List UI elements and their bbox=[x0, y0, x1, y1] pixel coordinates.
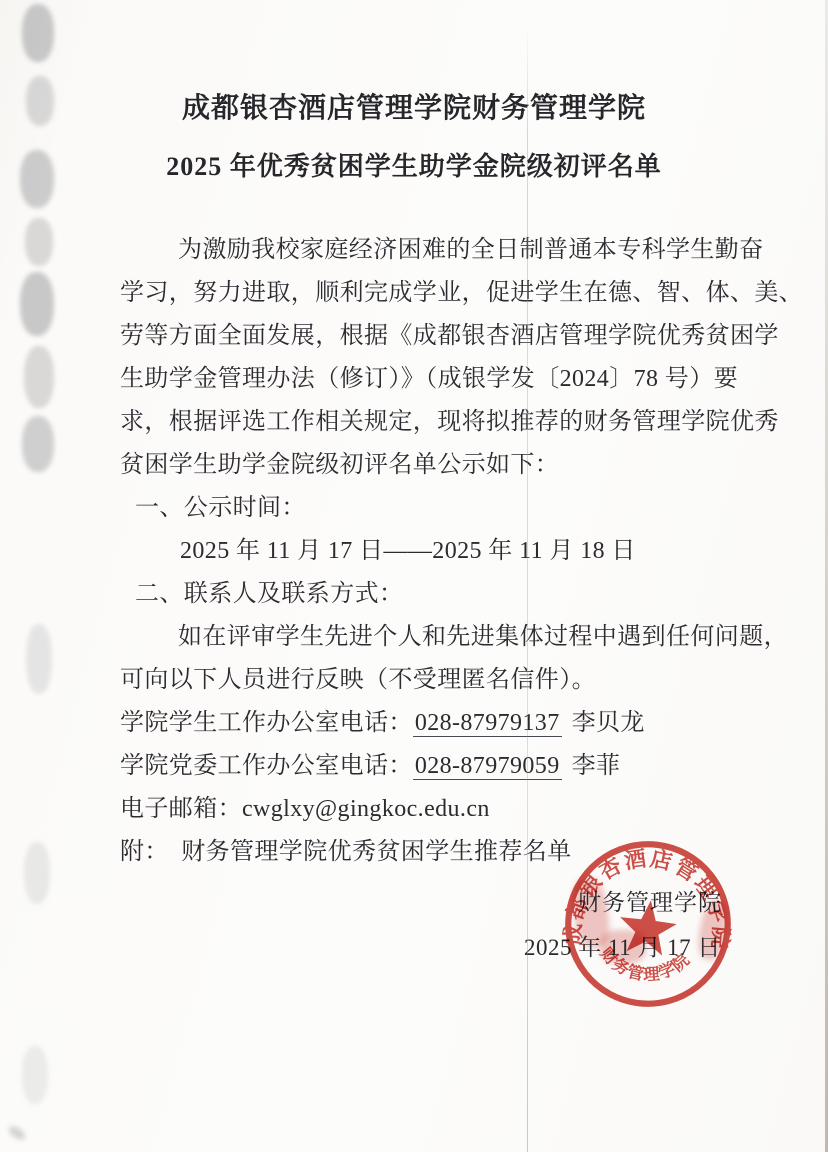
body-line: 如在评审学生先进个人和先进集体过程中遇到任何问题， bbox=[120, 616, 756, 659]
document-title-line2: 2025 年优秀贫困学生助学金院级初评名单 bbox=[0, 146, 828, 183]
scan-smudge bbox=[7, 1124, 27, 1143]
scan-smudge bbox=[20, 150, 54, 208]
seal-inner-text: 财务管理学院 bbox=[594, 939, 696, 991]
body-line: 可向以下人员进行反映（不受理匿名信件）。 bbox=[120, 659, 756, 702]
document-title-line1: 成都银杏酒店管理学院财务管理学院 bbox=[0, 86, 828, 126]
title-block: 成都银杏酒店管理学院财务管理学院 2025 年优秀贫困学生助学金院级初评名单 bbox=[0, 86, 828, 183]
publicity-period: 2025 年 11 月 17 日——2025 年 11 月 18 日 bbox=[120, 530, 756, 573]
official-seal: 成都银杏酒店管理学院 财务管理学院 bbox=[550, 826, 746, 1022]
scan-smudge bbox=[22, 1046, 48, 1104]
body-line: 劳等方面全面发展，根据《成都银杏酒店管理学院优秀贫困学 bbox=[120, 315, 756, 358]
contact-line-party-office: 学院党委工作办公室电话：028-87979059李菲 bbox=[120, 745, 756, 788]
scan-smudge bbox=[25, 218, 53, 266]
scan-smudge bbox=[22, 4, 54, 62]
document-page: 成都银杏酒店管理学院财务管理学院 2025 年优秀贫困学生助学金院级初评名单 为… bbox=[0, 0, 828, 1152]
body-line: 贫困学生助学金院级初评名单公示如下： bbox=[120, 444, 756, 487]
email-line: 电子邮箱：cwglxy@gingkoc.edu.cn bbox=[120, 788, 756, 831]
seal-star-icon bbox=[616, 897, 679, 957]
email-address: cwglxy@gingkoc.edu.cn bbox=[242, 796, 490, 822]
scan-smudge bbox=[20, 272, 54, 336]
scan-smudge bbox=[24, 346, 54, 408]
section-heading-1: 一、公示时间： bbox=[120, 487, 756, 530]
contact-line-student-office: 学院学生工作办公室电话：028-87979137李贝龙 bbox=[120, 702, 756, 745]
section-heading-2: 二、联系人及联系方式： bbox=[120, 573, 756, 616]
scan-smudge bbox=[24, 842, 50, 904]
contact-person: 李贝龙 bbox=[572, 710, 645, 736]
contact-person: 李菲 bbox=[572, 753, 621, 779]
contact-label: 学院学生工作办公室电话： bbox=[120, 710, 413, 736]
body-line: 为激励我校家庭经济困难的全日制普通本专科学生勤奋 bbox=[120, 229, 756, 272]
scan-smudge bbox=[26, 76, 54, 126]
body-line: 求，根据评选工作相关规定，现将拟推荐的财务管理学院优秀 bbox=[120, 401, 756, 444]
document-body: 为激励我校家庭经济困难的全日制普通本专科学生勤奋 学习，努力进取，顺利完成学业，… bbox=[120, 229, 756, 874]
phone-number: 028-87979137 bbox=[413, 710, 562, 737]
body-line: 生助学金管理办法（修订）》（成银学发〔2024〕78 号）要 bbox=[120, 358, 756, 401]
scan-smudge bbox=[22, 416, 54, 472]
phone-number: 028-87979059 bbox=[413, 753, 562, 780]
body-line: 学习，努力进取，顺利完成学业，促进学生在德、智、体、美、 bbox=[120, 272, 756, 315]
contact-label: 学院党委工作办公室电话： bbox=[120, 753, 413, 779]
email-label: 电子邮箱： bbox=[120, 796, 242, 822]
scan-smudge bbox=[26, 624, 52, 694]
